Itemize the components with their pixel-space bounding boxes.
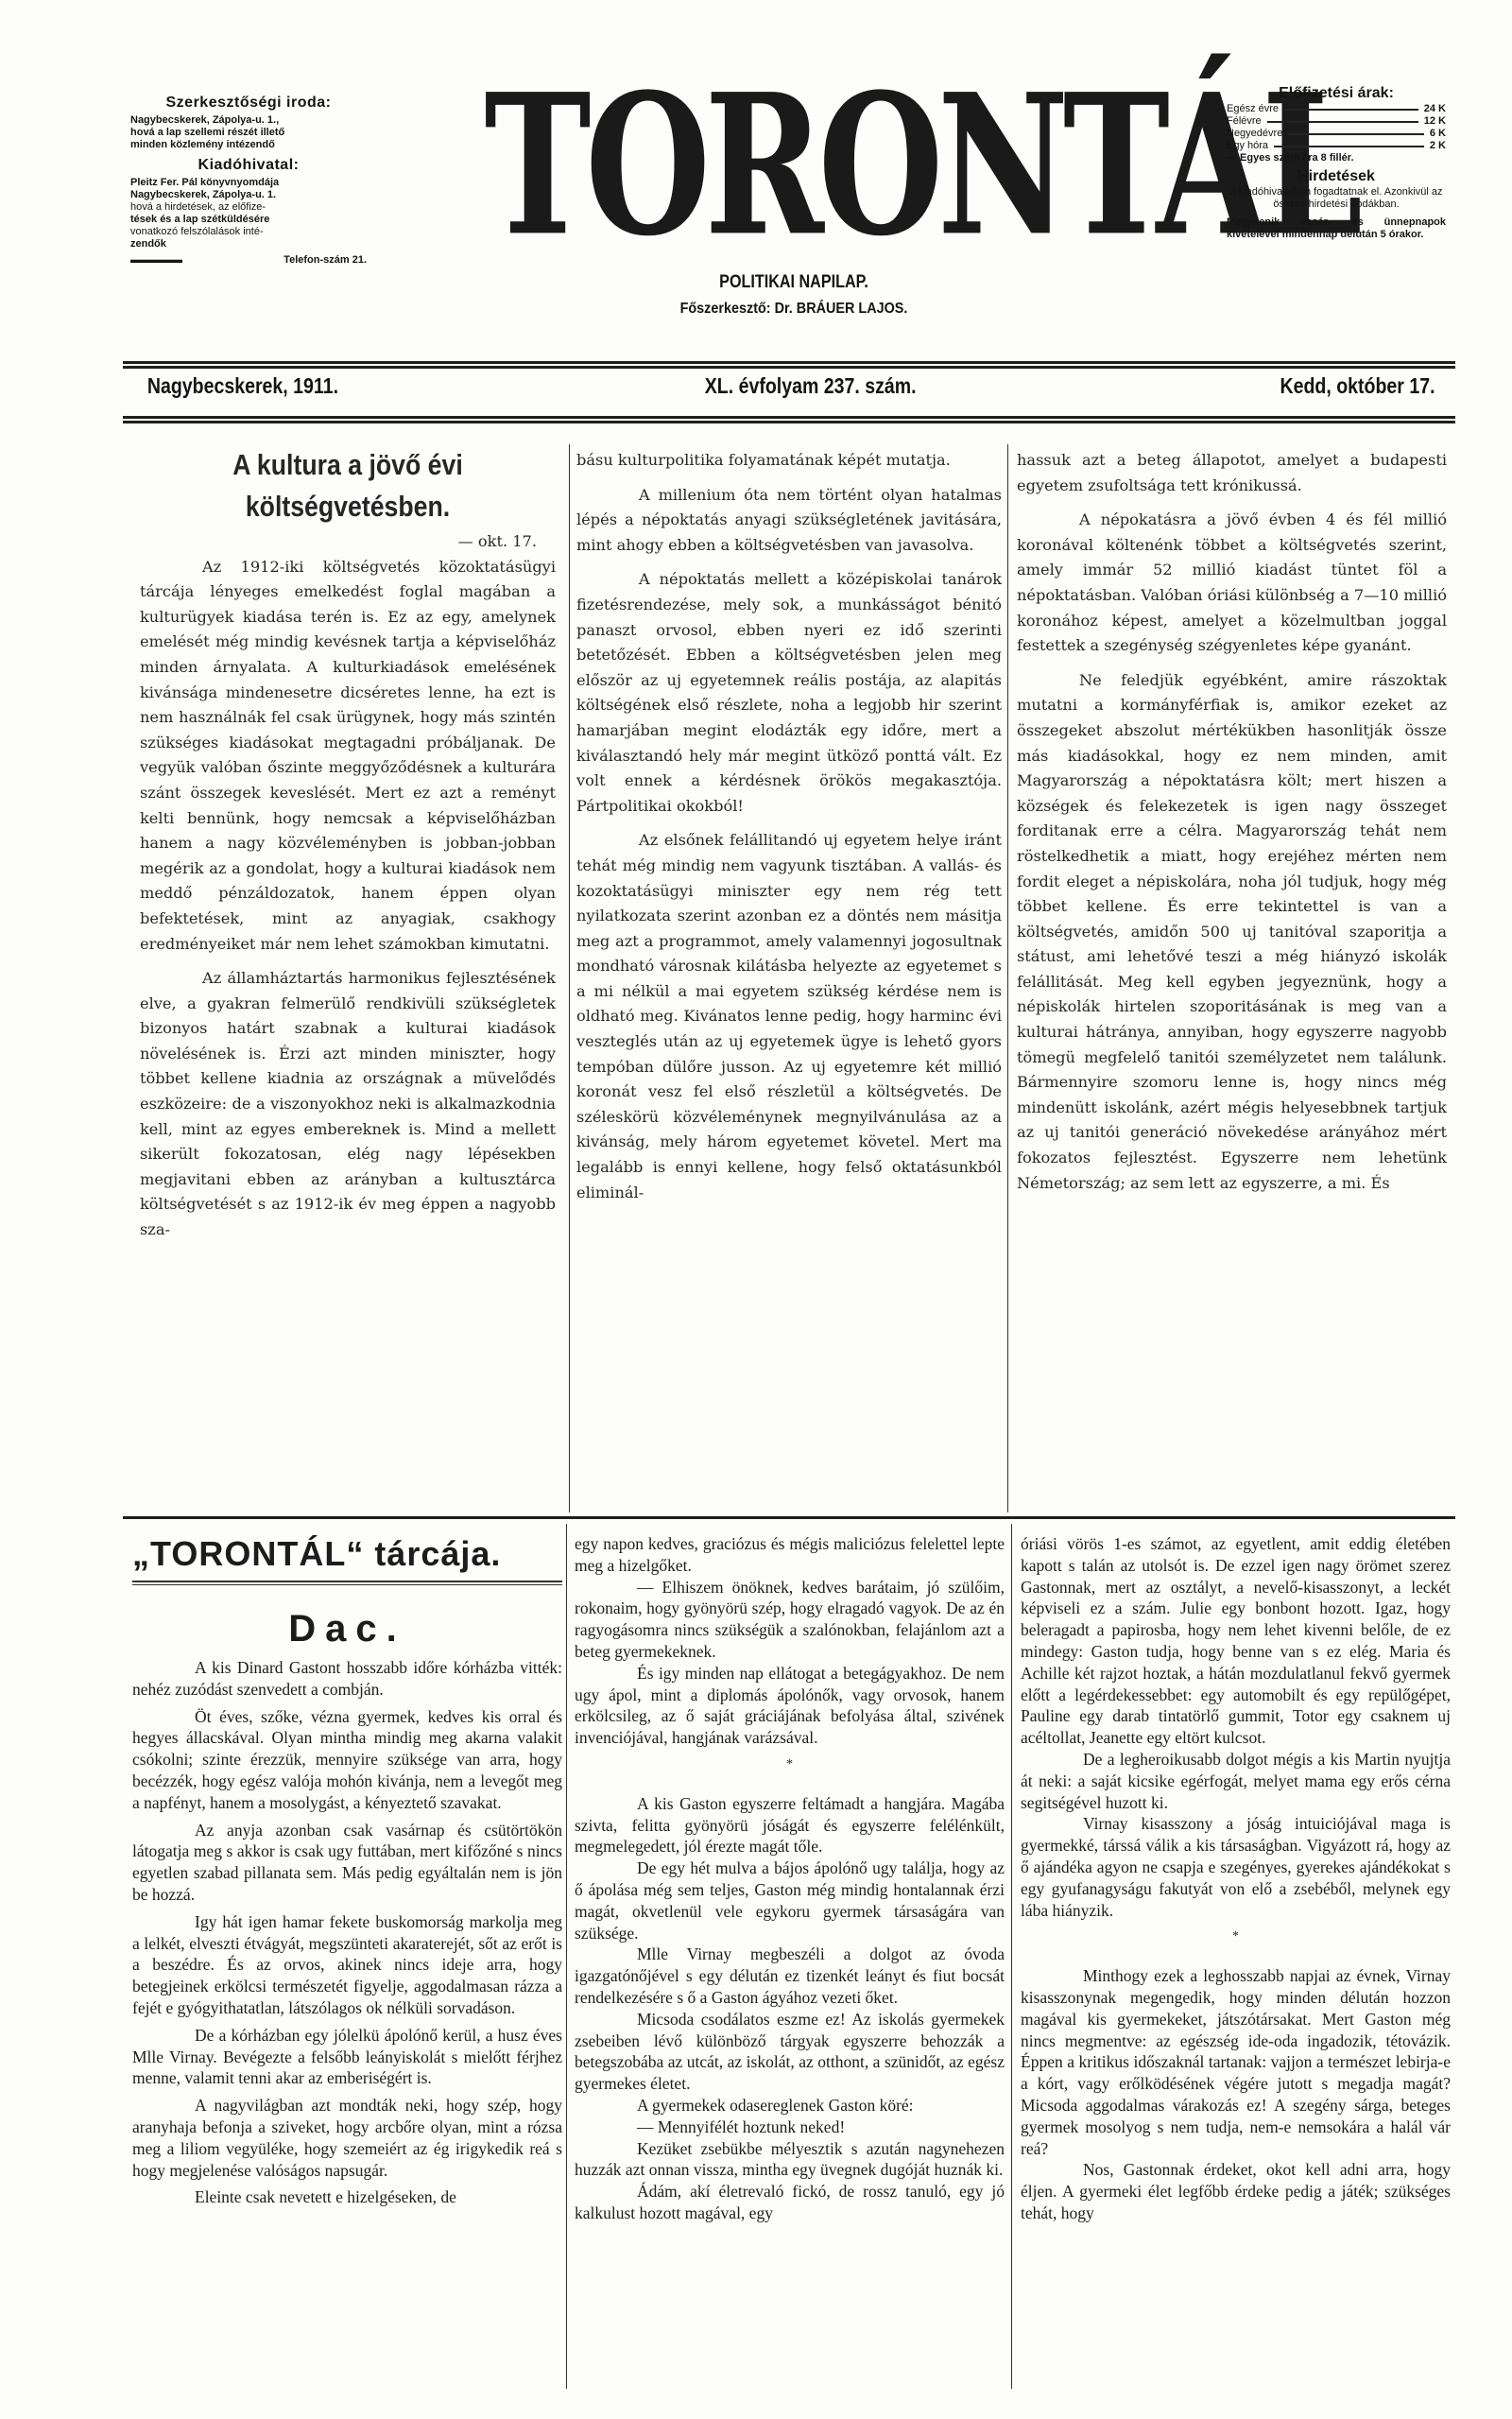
paragraph: A kis Dinard Gastont hosszabb időre kórh…: [132, 1657, 562, 1701]
paragraph: Kezüket zsebükbe mélyesztik s azután nag…: [575, 2138, 1005, 2182]
feuilleton-col-2: egy napon kedves, graciózus és mégis mal…: [575, 1533, 1005, 2224]
office-line: Nagybecskerek, Zápolya-u. 1.,: [130, 114, 367, 127]
issue-date: Kedd, október 17.: [1280, 373, 1435, 399]
paragraph: Ádám, akí életrevaló fickó, de rossz tan…: [575, 2181, 1005, 2224]
publication-schedule: Megjelenik vasár- és ünnepnapok kivételé…: [1227, 216, 1446, 241]
paragraph: hassuk azt a beteg állapotot, amelyet a …: [1017, 448, 1447, 498]
paragraph: A kis Gaston egyszerre feltámadt a hangj…: [575, 1793, 1005, 1857]
feuilleton-heading-rule: [132, 1581, 562, 1585]
paragraph: És igy minden nap ellátogat a betegágyak…: [575, 1663, 1005, 1749]
office-heading: Szerkesztőségi iroda:: [130, 96, 367, 109]
paragraph: Mlle Virnay megbeszéli a dolgot az óvoda…: [575, 1944, 1005, 2008]
paragraph: A millenium óta nem történt olyan hatalm…: [576, 483, 1002, 559]
dateline: Nagybecskerek, 1911. XL. évfolyam 237. s…: [130, 373, 1449, 399]
paragraph: Micsoda csodálatos eszme ez! Az iskolás …: [575, 2009, 1005, 2095]
paragraph: De egy hét mulva a bájos ápolónő ugy tal…: [575, 1857, 1005, 1944]
masthead-rule-bottom: [123, 416, 1455, 423]
masthead: Szerkesztőségi iroda: Nagybecskerek, Záp…: [123, 57, 1455, 369]
publisher-line: tések és a lap szétküldésére: [130, 214, 367, 226]
ornament-dashes: ▬▬▬▬▬: [130, 254, 182, 267]
paragraph: Eleinte csak nevetett e hizelgéseken, de: [132, 2186, 562, 2208]
phone-number: Telefon-szám 21.: [283, 254, 367, 267]
paragraph: Virnay kisasszony a jóság intuiciójával …: [1021, 1813, 1451, 1921]
price-row: Félévre12 K: [1227, 115, 1446, 128]
paragraph: Minthogy ezek a leghosszabb napjai az év…: [1021, 1965, 1451, 2159]
masthead-rule-top: [123, 361, 1455, 369]
column-rule: [566, 1524, 567, 2389]
feuilleton-col-3: óriási vörös 1-es számot, az egyetlent, …: [1021, 1533, 1451, 2224]
editor-in-chief: Főszerkesztő: Dr. BRÁUER LAJOS.: [437, 301, 1151, 318]
lead-article-col-1: A kultura a jövő évi költségvetésben. — …: [140, 444, 556, 1243]
paragraph: Az államháztartás harmonikus fejlesztésé…: [140, 966, 556, 1243]
title-block: TORONTÁL POLITIKAI NAPILAP. Főszerkesztő…: [397, 57, 1191, 318]
publisher-line: Nagybecskerek, Zápolya-u. 1.: [130, 189, 367, 201]
paragraph: egy napon kedves, graciózus és mégis mal…: [575, 1533, 1005, 1577]
publisher-line: vonatkozó felszólalások inté-: [130, 226, 367, 238]
paragraph: óriási vörös 1-es számot, az egyetlent, …: [1021, 1533, 1451, 1749]
publisher-line: zendők: [130, 238, 367, 251]
section-rule: [123, 1516, 1455, 1519]
subscription-info: Előfizetési árak: Egész évre24 K Félévre…: [1227, 87, 1446, 241]
paragraph: — Elhiszem önöknek, kedves barátaim, jó …: [575, 1577, 1005, 1663]
story-title: Dac.: [132, 1606, 562, 1651]
paragraph: De a kórházban egy jólelkü ápolónő kerül…: [132, 2025, 562, 2089]
lead-article-col-2: básu kulturpolitika folyamatának képét m…: [576, 448, 1002, 1205]
publisher-line: Pleitz Fer. Pál könyvnyomdája: [130, 177, 367, 189]
paragraph: De a legheroikusabb dolgot mégis a kis M…: [1021, 1749, 1451, 1813]
place-year: Nagybecskerek, 1911.: [147, 373, 338, 399]
paragraph: Nos, Gastonnak érdeket, okot kell adni a…: [1021, 2159, 1451, 2223]
editorial-office-info: Szerkesztőségi iroda: Nagybecskerek, Záp…: [130, 95, 367, 267]
office-line: minden közlemény intézendő: [130, 139, 367, 151]
paragraph: Ne feledjük egyébként, amire rászoktak m…: [1017, 668, 1447, 1196]
paragraph: A népokatásra a jövő évben 4 és fél mill…: [1017, 508, 1447, 659]
volume-issue: XL. évfolyam 237. szám.: [705, 373, 917, 399]
price-row: Egész évre24 K: [1227, 103, 1446, 115]
column-rule: [569, 444, 570, 1512]
office-line: hová a lap szellemi részét illető: [130, 127, 367, 139]
price-row: Negyedévre6 K: [1227, 128, 1446, 140]
section-separator: *: [575, 1754, 1005, 1776]
phone-row: ▬▬▬▬▬ Telefon-szám 21.: [130, 254, 367, 267]
paragraph: A nagyvilágban azt mondták neki, hogy sz…: [132, 2095, 562, 2181]
column-rule: [1007, 444, 1008, 1512]
section-separator: *: [1021, 1927, 1451, 1948]
lead-article-title: A kultura a jövő évi költségvetésben.: [145, 444, 551, 527]
paragraph: Igy hát igen hamar fekete buskomorság ma…: [132, 1911, 562, 2019]
feuilleton-heading: „TORONTÁL“ tárcája.: [132, 1533, 562, 1575]
single-copy-price: — Egyes szám ára 8 fillér.: [1227, 152, 1446, 164]
paragraph: A népoktatás mellett a középiskolai taná…: [576, 567, 1002, 819]
paragraph: — Mennyifélét hoztunk neked!: [575, 2117, 1005, 2138]
newspaper-title: TORONTÁL: [484, 66, 1103, 265]
newspaper-subtitle: POLITIKAI NAPILAP.: [456, 272, 1131, 293]
ads-text: a kiadóhivatalban fogadtatnak el. Azonki…: [1227, 186, 1446, 211]
paragraph: Öt éves, szőke, vézna gyermek, kedves ki…: [132, 1706, 562, 1814]
paragraph: básu kulturpolitika folyamatának képét m…: [576, 448, 1002, 474]
paragraph: A gyermekek odasereglenek Gaston köré:: [575, 2095, 1005, 2117]
column-rule: [1011, 1524, 1012, 2389]
publisher-line: hová a hirdetések, az előfize-: [130, 201, 367, 214]
article-date: — okt. 17.: [140, 529, 556, 555]
feuilleton-col-1: „TORONTÁL“ tárcája. Dac. A kis Dinard Ga…: [132, 1533, 562, 2208]
newspaper-page: Szerkesztőségi iroda: Nagybecskerek, Záp…: [123, 0, 1455, 2419]
prices-heading: Előfizetési árak:: [1227, 87, 1446, 99]
publisher-heading: Kiadóhivatal:: [130, 159, 367, 171]
paragraph: Az anyja azonban csak vasárnap és csütör…: [132, 1820, 562, 1906]
price-row: Egy hóra2 K: [1227, 140, 1446, 152]
lead-article-col-3: hassuk azt a beteg állapotot, amelyet a …: [1017, 448, 1447, 1196]
paragraph: Az elsőnek felállitandó uj egyetem helye…: [576, 828, 1002, 1205]
ads-heading: Hirdetések: [1227, 170, 1446, 182]
paragraph: Az 1912-iki költségvetés közoktatásügyi …: [140, 555, 556, 958]
